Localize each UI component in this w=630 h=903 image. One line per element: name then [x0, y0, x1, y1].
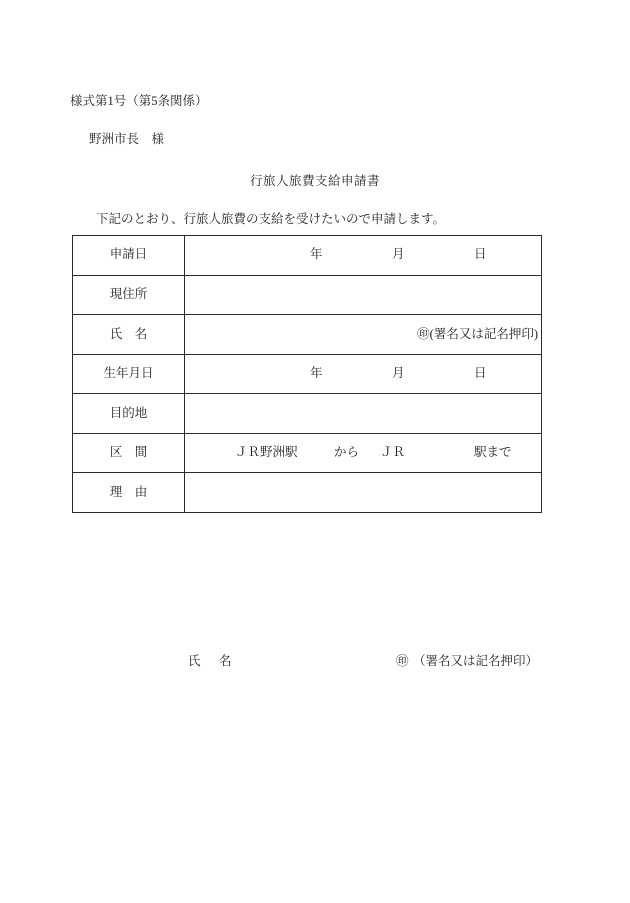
addressee-line: 野洲市長 様: [89, 132, 164, 148]
application-date-label: 申請日: [73, 236, 185, 276]
birth-date-field: 年 月 日: [185, 354, 542, 394]
row-application-date: 申請日 年 月 日: [73, 236, 542, 276]
footer-seal-mark: ㊞: [396, 654, 409, 670]
to-station-prefix-text: ＪＲ: [380, 445, 405, 461]
month-unit-label: 月: [392, 247, 405, 263]
intro-sentence: 下記のとおり、行旅人旅費の支給を受けたいので申請します。: [96, 212, 445, 228]
row-destination: 目的地: [73, 394, 542, 434]
day-unit-label: 日: [474, 247, 487, 263]
birth-date-label: 生年月日: [73, 354, 185, 394]
current-address-field: [185, 275, 542, 315]
footer-name-label-shi: 氏: [188, 654, 201, 670]
seal-note-inline: ㊞(署名又は記名押印): [417, 327, 541, 341]
application-date-field: 年 月 日: [185, 236, 542, 276]
row-birth-date: 生年月日 年 月 日: [73, 354, 542, 394]
name-label: 氏 名: [73, 315, 185, 355]
row-current-address: 現住所: [73, 275, 542, 315]
row-section: 区 間 ＪＲ野洲駅 から ＪＲ 駅まで: [73, 433, 542, 473]
day-unit-label: 日: [474, 366, 487, 382]
document-title: 行旅人旅費支給申請書: [0, 174, 630, 190]
year-unit-label: 年: [310, 247, 323, 263]
destination-label: 目的地: [73, 394, 185, 434]
footer-seal-note: （署名又は記名押印）: [413, 654, 538, 670]
name-field: ㊞(署名又は記名押印): [185, 315, 542, 355]
from-station-text: ＪＲ野洲駅: [235, 445, 298, 461]
row-reason: 理 由: [73, 473, 542, 513]
from-particle-text: から: [334, 445, 359, 461]
reason-field: [185, 473, 542, 513]
reason-label: 理 由: [73, 473, 185, 513]
current-address-label: 現住所: [73, 275, 185, 315]
document-page: 様式第1号（第5条関係） 野洲市長 様 行旅人旅費支給申請書 下記のとおり、行旅…: [0, 0, 630, 903]
to-station-suffix-text: 駅まで: [474, 445, 512, 461]
footer-name-label-mei: 名: [219, 654, 232, 670]
section-label: 区 間: [73, 433, 185, 473]
destination-field: [185, 394, 542, 434]
section-field: ＪＲ野洲駅 から ＪＲ 駅まで: [185, 433, 542, 473]
month-unit-label: 月: [392, 366, 405, 382]
application-form-table: 申請日 年 月 日 現住所 氏 名 ㊞(署名又は記名押印) 生年月日: [72, 235, 542, 513]
form-number: 様式第1号（第5条関係）: [70, 94, 208, 110]
row-name: 氏 名 ㊞(署名又は記名押印): [73, 315, 542, 355]
year-unit-label: 年: [310, 366, 323, 382]
